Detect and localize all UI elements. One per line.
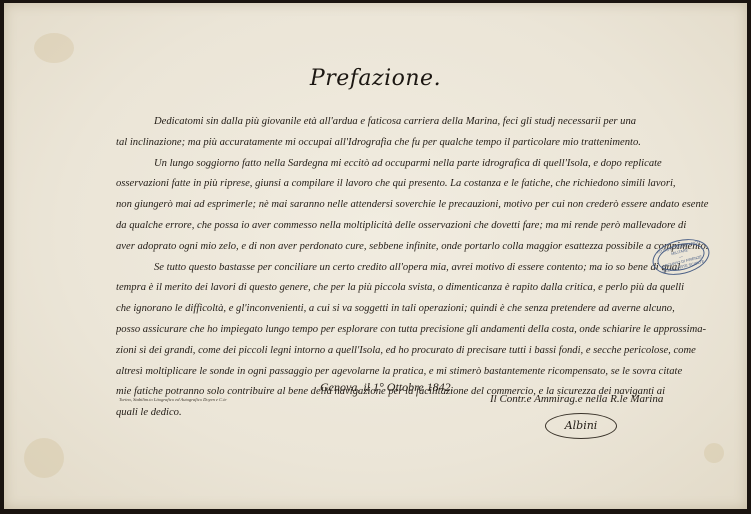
author-rank: Il Contr.e Ammirag.e nella R.le Marina xyxy=(490,393,663,405)
text-line: zioni sì dei grandi, come dei piccoli le… xyxy=(116,341,716,362)
date-line: Genova, il 1° Ottobre 1842. xyxy=(320,380,454,395)
text-line: Dedicatomi sin dalla più giovanile età a… xyxy=(116,112,716,133)
document-title: Prefazione. xyxy=(0,66,751,91)
printer-imprint: Torino, Stabilim.to Litografico ed Autog… xyxy=(119,397,227,402)
text-line: tempra è il merito dei lavori di questo … xyxy=(116,278,716,299)
text-line: non giungerò mai ad esprimerle; nè mai s… xyxy=(116,195,716,216)
text-line: Un lungo soggiorno fatto nella Sardegna … xyxy=(116,154,716,175)
paper-stain xyxy=(704,443,724,463)
text-line: posso assicurare che ho impiegato lungo … xyxy=(116,320,716,341)
text-line: osservazioni fatte in più riprese, giuns… xyxy=(116,174,716,195)
text-line: Se tutto questo bastasse per conciliare … xyxy=(116,258,716,279)
text-line: quali le dedico. xyxy=(116,403,716,424)
text-line: aver adoprato ogni mio zelo, e di non av… xyxy=(116,237,716,258)
text-line: che ignorano le difficoltà, e gl'inconve… xyxy=(116,299,716,320)
text-line: da qualche errore, che possa io aver com… xyxy=(116,216,716,237)
signature: Albini xyxy=(545,413,617,439)
text-line: tal inclinazione; ma più accuratamente m… xyxy=(116,133,716,154)
paper-stain xyxy=(24,438,64,478)
preface-body: Dedicatomi sin dalla più giovanile età a… xyxy=(116,112,716,424)
paper-stain xyxy=(34,33,74,63)
